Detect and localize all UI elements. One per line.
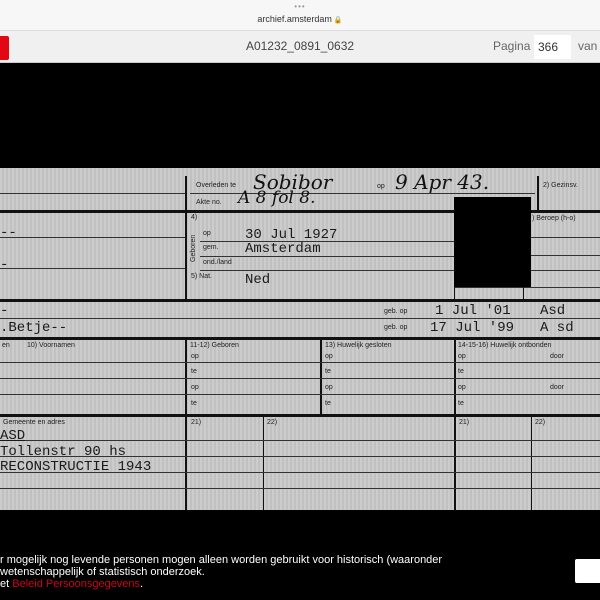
beroep-label: ) Beroep (h-o) bbox=[532, 215, 576, 222]
row-label-door: door bbox=[550, 353, 564, 360]
geboren-header: 11-12) Geboren bbox=[190, 342, 239, 349]
voornamen-header: 10) Voornamen bbox=[27, 342, 75, 349]
lock-icon: 🔒 bbox=[334, 17, 343, 24]
row-label-op: op bbox=[458, 384, 466, 391]
parent-2-name: .Betje-- bbox=[0, 320, 67, 336]
row-label-te: te bbox=[458, 400, 464, 407]
page-of-label: van bbox=[578, 39, 597, 53]
nat-value: Ned bbox=[245, 272, 270, 288]
gezinsv-label: 2) Gezinsv. bbox=[543, 182, 578, 189]
address-line-2: Tollenstr 90 hs bbox=[0, 444, 126, 460]
notice-line-3: et Beleid Persoonsgegevens. bbox=[0, 578, 442, 590]
akte-no-label: Akte no. bbox=[196, 199, 222, 206]
row-label-te: te bbox=[458, 368, 464, 375]
parent-1-place: Asd bbox=[540, 303, 565, 319]
huwelijk-ontbonden-header: 14-15-16) Huwelijk ontbonden bbox=[458, 342, 551, 349]
gem-value: Amsterdam bbox=[245, 241, 321, 257]
name-left-2: - bbox=[0, 257, 8, 273]
address-line-3: RECONSTRUCTIE 1943 bbox=[0, 459, 151, 475]
col-21-label: 21) bbox=[191, 419, 201, 426]
overleden-te-label: Overleden te bbox=[196, 182, 236, 189]
geboren-label: Geboren bbox=[190, 235, 197, 262]
section-4-label: 4) bbox=[191, 214, 197, 221]
row-label-op: op bbox=[191, 384, 199, 391]
row-label-op: op bbox=[191, 353, 199, 360]
overleden-op-label: op bbox=[377, 183, 385, 190]
parent-1-name: - bbox=[0, 303, 8, 319]
huwelijk-gesloten-header: 13) Huwelijk gesloten bbox=[325, 342, 392, 349]
row-label-te: te bbox=[325, 368, 331, 375]
redacted-block bbox=[454, 197, 531, 287]
parent-2-geb-op-label: geb. op bbox=[384, 324, 407, 331]
parent-2-birth-date: 17 Jul '99 bbox=[430, 320, 514, 336]
url-text: archief.amsterdam bbox=[257, 14, 332, 24]
row-label-te: te bbox=[325, 400, 331, 407]
col-22-label-2: 22) bbox=[535, 419, 545, 426]
notice-line-2: wetenschappelijk of statistisch onderzoe… bbox=[0, 566, 442, 578]
ond-land-label: ond./land bbox=[203, 259, 232, 266]
parent-2-place: A sd bbox=[540, 320, 574, 336]
birth-op-label: op bbox=[203, 230, 211, 237]
page-number-input[interactable] bbox=[534, 35, 571, 59]
accept-button[interactable] bbox=[575, 559, 600, 583]
row-label-op: op bbox=[325, 353, 333, 360]
col-21-label-2: 21) bbox=[459, 419, 469, 426]
overleden-op-value: 9 Apr 43. bbox=[395, 170, 489, 194]
policy-link[interactable]: Beleid Persoonsgegevens bbox=[12, 578, 140, 590]
nat-label: 5) Nat. bbox=[191, 273, 212, 280]
page-label: Pagina bbox=[493, 39, 530, 53]
notice-line-1: r mogelijk nog levende personen mogen al… bbox=[0, 554, 442, 566]
row-label-te: te bbox=[191, 368, 197, 375]
parent-1-birth-date: 1 Jul '01 bbox=[435, 303, 511, 319]
url-field[interactable]: archief.amsterdam🔒 bbox=[0, 14, 600, 24]
akte-no-value: A 8 fol 8. bbox=[238, 188, 316, 208]
row-label-op: op bbox=[325, 384, 333, 391]
col-22-label: 22) bbox=[267, 419, 277, 426]
row-label-door: door bbox=[550, 384, 564, 391]
col1-prefix: en bbox=[2, 342, 10, 349]
browser-url-bar: ••• archief.amsterdam🔒 bbox=[0, 0, 600, 30]
parent-1-geb-op-label: geb. op bbox=[384, 308, 407, 315]
privacy-notice-bar: r mogelijk nog levende personen mogen al… bbox=[0, 544, 600, 600]
privacy-notice-text: r mogelijk nog levende personen mogen al… bbox=[0, 554, 442, 590]
row-label-op: op bbox=[458, 353, 466, 360]
gem-label: gem. bbox=[203, 244, 219, 251]
row-label-te: te bbox=[191, 400, 197, 407]
address-header: Gemeente en adres bbox=[3, 419, 65, 426]
address-line-1: ASD bbox=[0, 428, 25, 444]
name-left-1: -- bbox=[0, 225, 17, 241]
viewer-toolbar: A01232_0891_0632 Pagina van bbox=[0, 30, 600, 63]
browser-menu-dots[interactable]: ••• bbox=[0, 0, 600, 11]
